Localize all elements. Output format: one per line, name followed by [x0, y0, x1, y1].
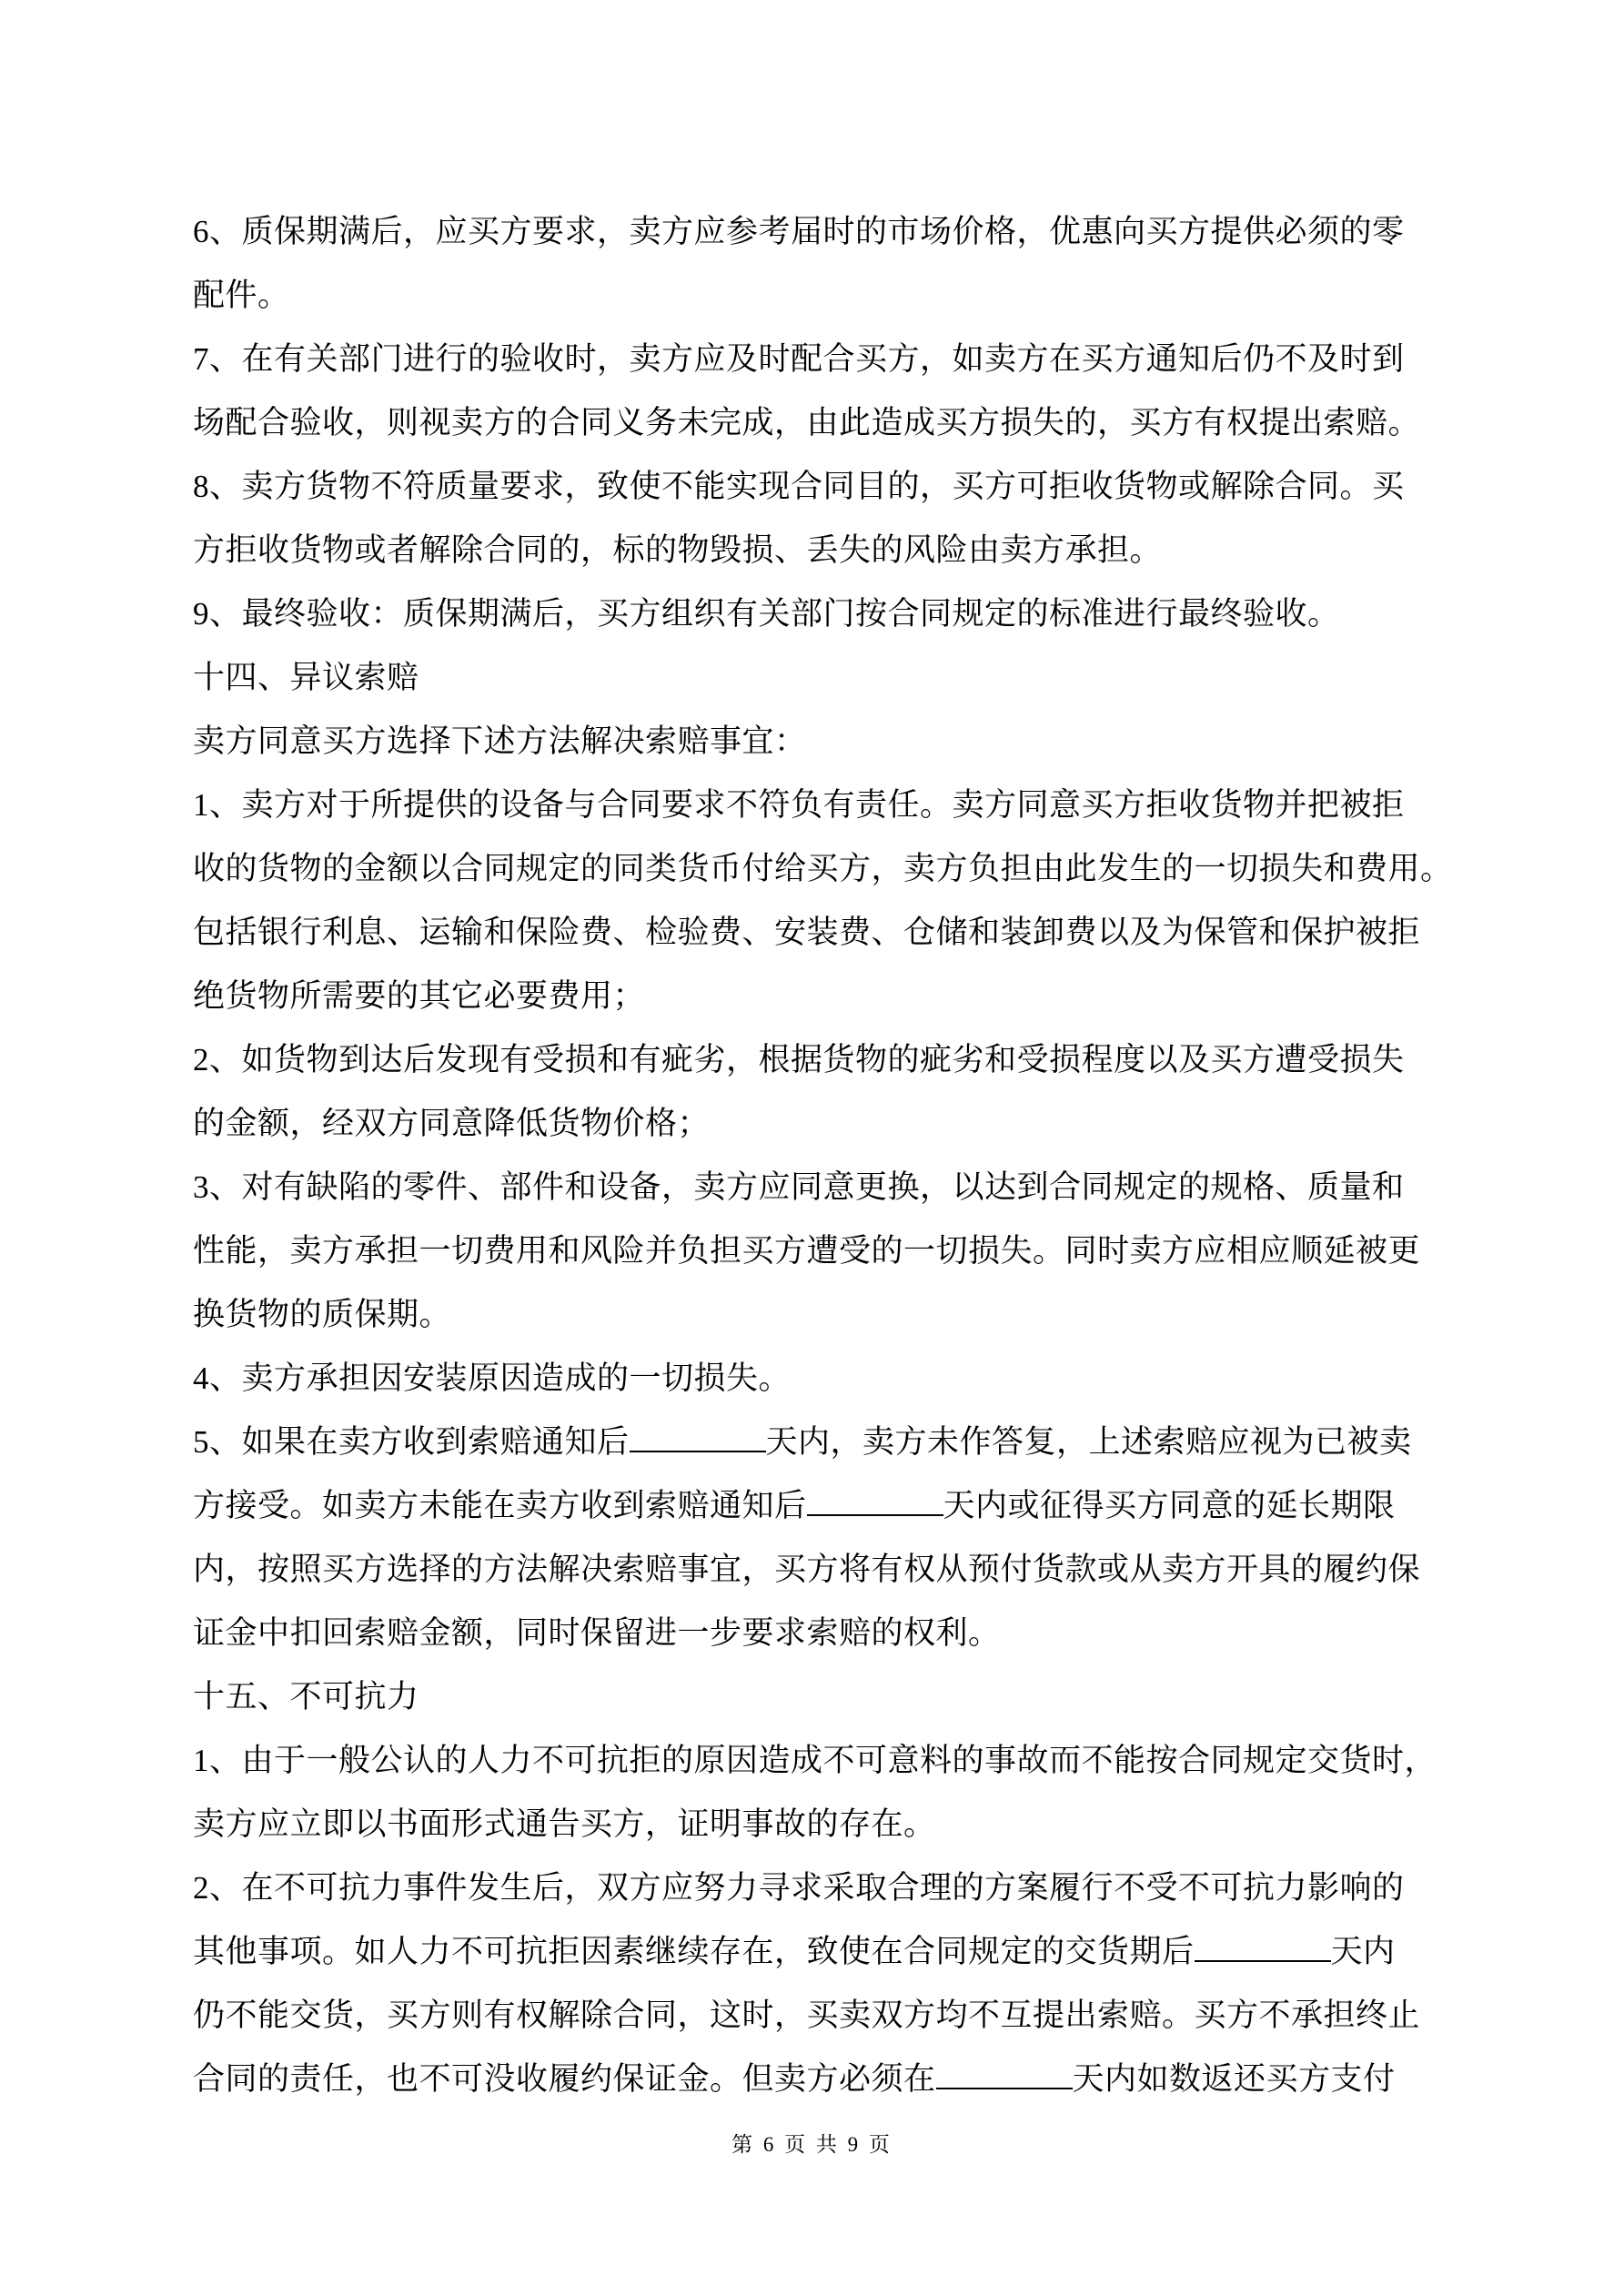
fill-in-blank: [936, 2060, 1073, 2089]
page-number: 第 6 页 共 9 页: [731, 2133, 893, 2156]
text-line-7: 9、最终验收：质保期满后，买方组织有关部门按合同规定的标准进行最终验收。: [193, 582, 1437, 646]
document-page: 6、质保期满后，应买方要求，卖方应参考届时的市场价格，优惠向买方提供必须的零配件…: [0, 0, 1624, 2296]
text-line-14: 2、如货物到达后发现有受损和有疵劣，根据货物的疵劣和受损程度以及买方遭受损失: [193, 1028, 1437, 1092]
text-line-9: 卖方同意买方选择下述方法解决索赔事宜：: [193, 710, 1437, 774]
text-line-21: 方接受。如卖方未能在卖方收到索赔通知后天内或征得买方同意的延长期限: [193, 1474, 1437, 1538]
text-line-11: 收的货物的金额以合同规定的同类货币付给买方，卖方负担由此发生的一切损失和费用。: [193, 837, 1437, 901]
text-line-18: 换货物的质保期。: [193, 1283, 1437, 1347]
page-footer: 第 6 页 共 9 页: [0, 2113, 1624, 2177]
text-line-25: 1、由于一般公认的人力不可抗拒的原因造成不可意料的事故而不能按合同规定交货时，: [193, 1729, 1437, 1793]
text-line-12: 包括银行利息、运输和保险费、检验费、安装费、仓储和装卸费以及为保管和保护被拒: [193, 901, 1437, 965]
text-line-26: 卖方应立即以书面形式通告买方，证明事故的存在。: [193, 1793, 1437, 1856]
text-line-20: 5、如果在卖方收到索赔通知后天内，卖方未作答复，上述索赔应视为已被卖: [193, 1411, 1437, 1474]
fill-in-blank: [807, 1487, 943, 1516]
text-line-3: 7、在有关部门进行的验收时，卖方应及时配合买方，如卖方在买方通知后仍不及时到: [193, 328, 1437, 391]
text-line-6: 方拒收货物或者解除合同的，标的物毁损、丢失的风险由卖方承担。: [193, 519, 1437, 582]
text-line-10: 1、卖方对于所提供的设备与合同要求不符负有责任。卖方同意买方拒收货物并把被拒: [193, 774, 1437, 837]
fill-in-blank: [630, 1423, 766, 1452]
text-line-2: 配件。: [193, 264, 1437, 328]
text-line-5: 8、卖方货物不符质量要求，致使不能实现合同目的，买方可拒收货物或解除合同。买: [193, 455, 1437, 519]
text-line-28: 其他事项。如人力不可抗拒因素继续存在，致使在合同规定的交货期后天内: [193, 1920, 1437, 1984]
text-line-24: 十五、不可抗力: [193, 1665, 1437, 1729]
text-line-23: 证金中扣回索赔金额，同时保留进一步要求索赔的权利。: [193, 1602, 1437, 1665]
text-line-30: 合同的责任，也不可没收履约保证金。但卖方必须在天内如数返还买方支付: [193, 2048, 1437, 2111]
contract-body: 6、质保期满后，应买方要求，卖方应参考届时的市场价格，优惠向买方提供必须的零配件…: [0, 0, 1624, 2111]
fill-in-blank: [1195, 1933, 1331, 1962]
text-line-15: 的金额，经双方同意降低货物价格；: [193, 1092, 1437, 1156]
text-line-19: 4、卖方承担因安装原因造成的一切损失。: [193, 1347, 1437, 1411]
text-line-13: 绝货物所需要的其它必要费用；: [193, 965, 1437, 1028]
text-line-16: 3、对有缺陷的零件、部件和设备，卖方应同意更换，以达到合同规定的规格、质量和: [193, 1156, 1437, 1219]
text-line-1: 6、质保期满后，应买方要求，卖方应参考届时的市场价格，优惠向买方提供必须的零: [193, 200, 1437, 264]
text-line-4: 场配合验收，则视卖方的合同义务未完成，由此造成买方损失的，买方有权提出索赔。: [193, 391, 1437, 455]
text-line-8: 十四、异议索赔: [193, 646, 1437, 710]
text-line-22: 内，按照买方选择的方法解决索赔事宜，买方将有权从预付货款或从卖方开具的履约保: [193, 1538, 1437, 1602]
text-line-17: 性能，卖方承担一切费用和风险并负担买方遭受的一切损失。同时卖方应相应顺延被更: [193, 1219, 1437, 1283]
text-line-29: 仍不能交货，买方则有权解除合同，这时，买卖双方均不互提出索赔。买方不承担终止: [193, 1984, 1437, 2048]
text-line-27: 2、在不可抗力事件发生后，双方应努力寻求采取合理的方案履行不受不可抗力影响的: [193, 1856, 1437, 1920]
